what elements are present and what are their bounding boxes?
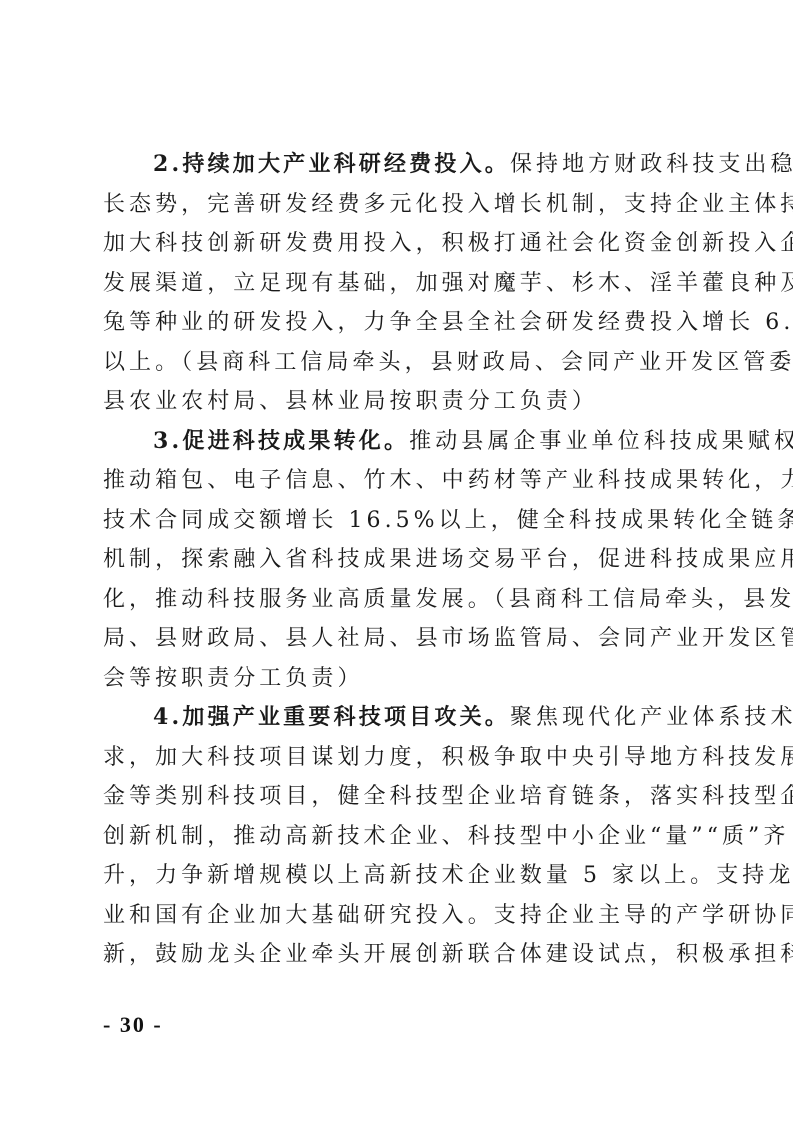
paragraph-line: 以上。（县商科工信局牵头，县财政局、会同产业开发区管委会、: [103, 343, 689, 383]
paragraph-research-funding: 2.持续加大产业科研经费投入。保持地方财政科技支出稳增 长态势，完善研发经费多元…: [103, 145, 689, 422]
paragraph-first-line: 3.促进科技成果转化。推动县属企事业单位科技成果赋权，: [103, 422, 689, 462]
paragraph-line: 推动箱包、电子信息、竹木、中药材等产业科技成果转化，力争: [103, 461, 689, 501]
paragraph-text: 推动县属企事业单位科技成果赋权，: [409, 429, 793, 454]
paragraph-text: 保持地方财政科技支出稳增: [510, 152, 793, 177]
paragraph-first-line: 4.加强产业重要科技项目攻关。聚焦现代化产业体系技术需: [103, 698, 689, 738]
section-heading: 2.持续加大产业科研经费投入。: [153, 151, 510, 177]
paragraph-line: 发展渠道，立足现有基础，加强对魔芋、杉木、淫羊藿良种及种: [103, 264, 689, 304]
paragraph-line: 新，鼓励龙头企业牵头开展创新联合体建设试点，积极承担科技: [103, 935, 689, 975]
paragraph-line: 兔等种业的研发投入，力争全县全社会研发经费投入增长 6.5%: [103, 303, 689, 343]
paragraph-line: 业和国有企业加大基础研究投入。支持企业主导的产学研协同创: [103, 896, 689, 936]
paragraph-line: 创新机制，推动高新技术企业、科技型中小企业“量”“质”齐: [103, 817, 689, 857]
paragraph-line: 技术合同成交额增长 16.5%以上，健全科技成果转化全链条服务: [103, 501, 689, 541]
paragraph-line: 长态势，完善研发经费多元化投入增长机制，支持企业主体持续: [103, 185, 689, 225]
document-page: 2.持续加大产业科研经费投入。保持地方财政科技支出稳增 长态势，完善研发经费多元…: [103, 145, 689, 975]
paragraph-text: 聚焦现代化产业体系技术需: [510, 705, 793, 730]
section-heading: 3.促进科技成果转化。: [153, 428, 409, 454]
paragraph-first-line: 2.持续加大产业科研经费投入。保持地方财政科技支出稳增: [103, 145, 689, 185]
paragraph-line: 局、县财政局、县人社局、县市场监管局、会同产业开发区管委: [103, 619, 689, 659]
paragraph-line: 化，推动科技服务业高质量发展。（县商科工信局牵头，县发改: [103, 580, 689, 620]
paragraph-line: 会等按职责分工负责）: [103, 659, 689, 699]
paragraph-tech-transfer: 3.促进科技成果转化。推动县属企事业单位科技成果赋权， 推动箱包、电子信息、竹木…: [103, 422, 689, 699]
paragraph-key-projects: 4.加强产业重要科技项目攻关。聚焦现代化产业体系技术需 求，加大科技项目谋划力度…: [103, 698, 689, 975]
paragraph-line: 升，力争新增规模以上高新技术企业数量 5 家以上。支持龙头企: [103, 856, 689, 896]
page-number: - 30 -: [103, 1012, 163, 1038]
section-heading: 4.加强产业重要科技项目攻关。: [153, 704, 510, 730]
paragraph-line: 县农业农村局、县林业局按职责分工负责）: [103, 382, 689, 422]
paragraph-line: 求，加大科技项目谋划力度，积极争取中央引导地方科技发展资: [103, 738, 689, 778]
paragraph-line: 金等类别科技项目，健全科技型企业培育链条，落实科技型企业: [103, 777, 689, 817]
paragraph-line: 加大科技创新研发费用投入，积极打通社会化资金创新投入企业: [103, 224, 689, 264]
paragraph-line: 机制，探索融入省科技成果进场交易平台，促进科技成果应用转: [103, 540, 689, 580]
